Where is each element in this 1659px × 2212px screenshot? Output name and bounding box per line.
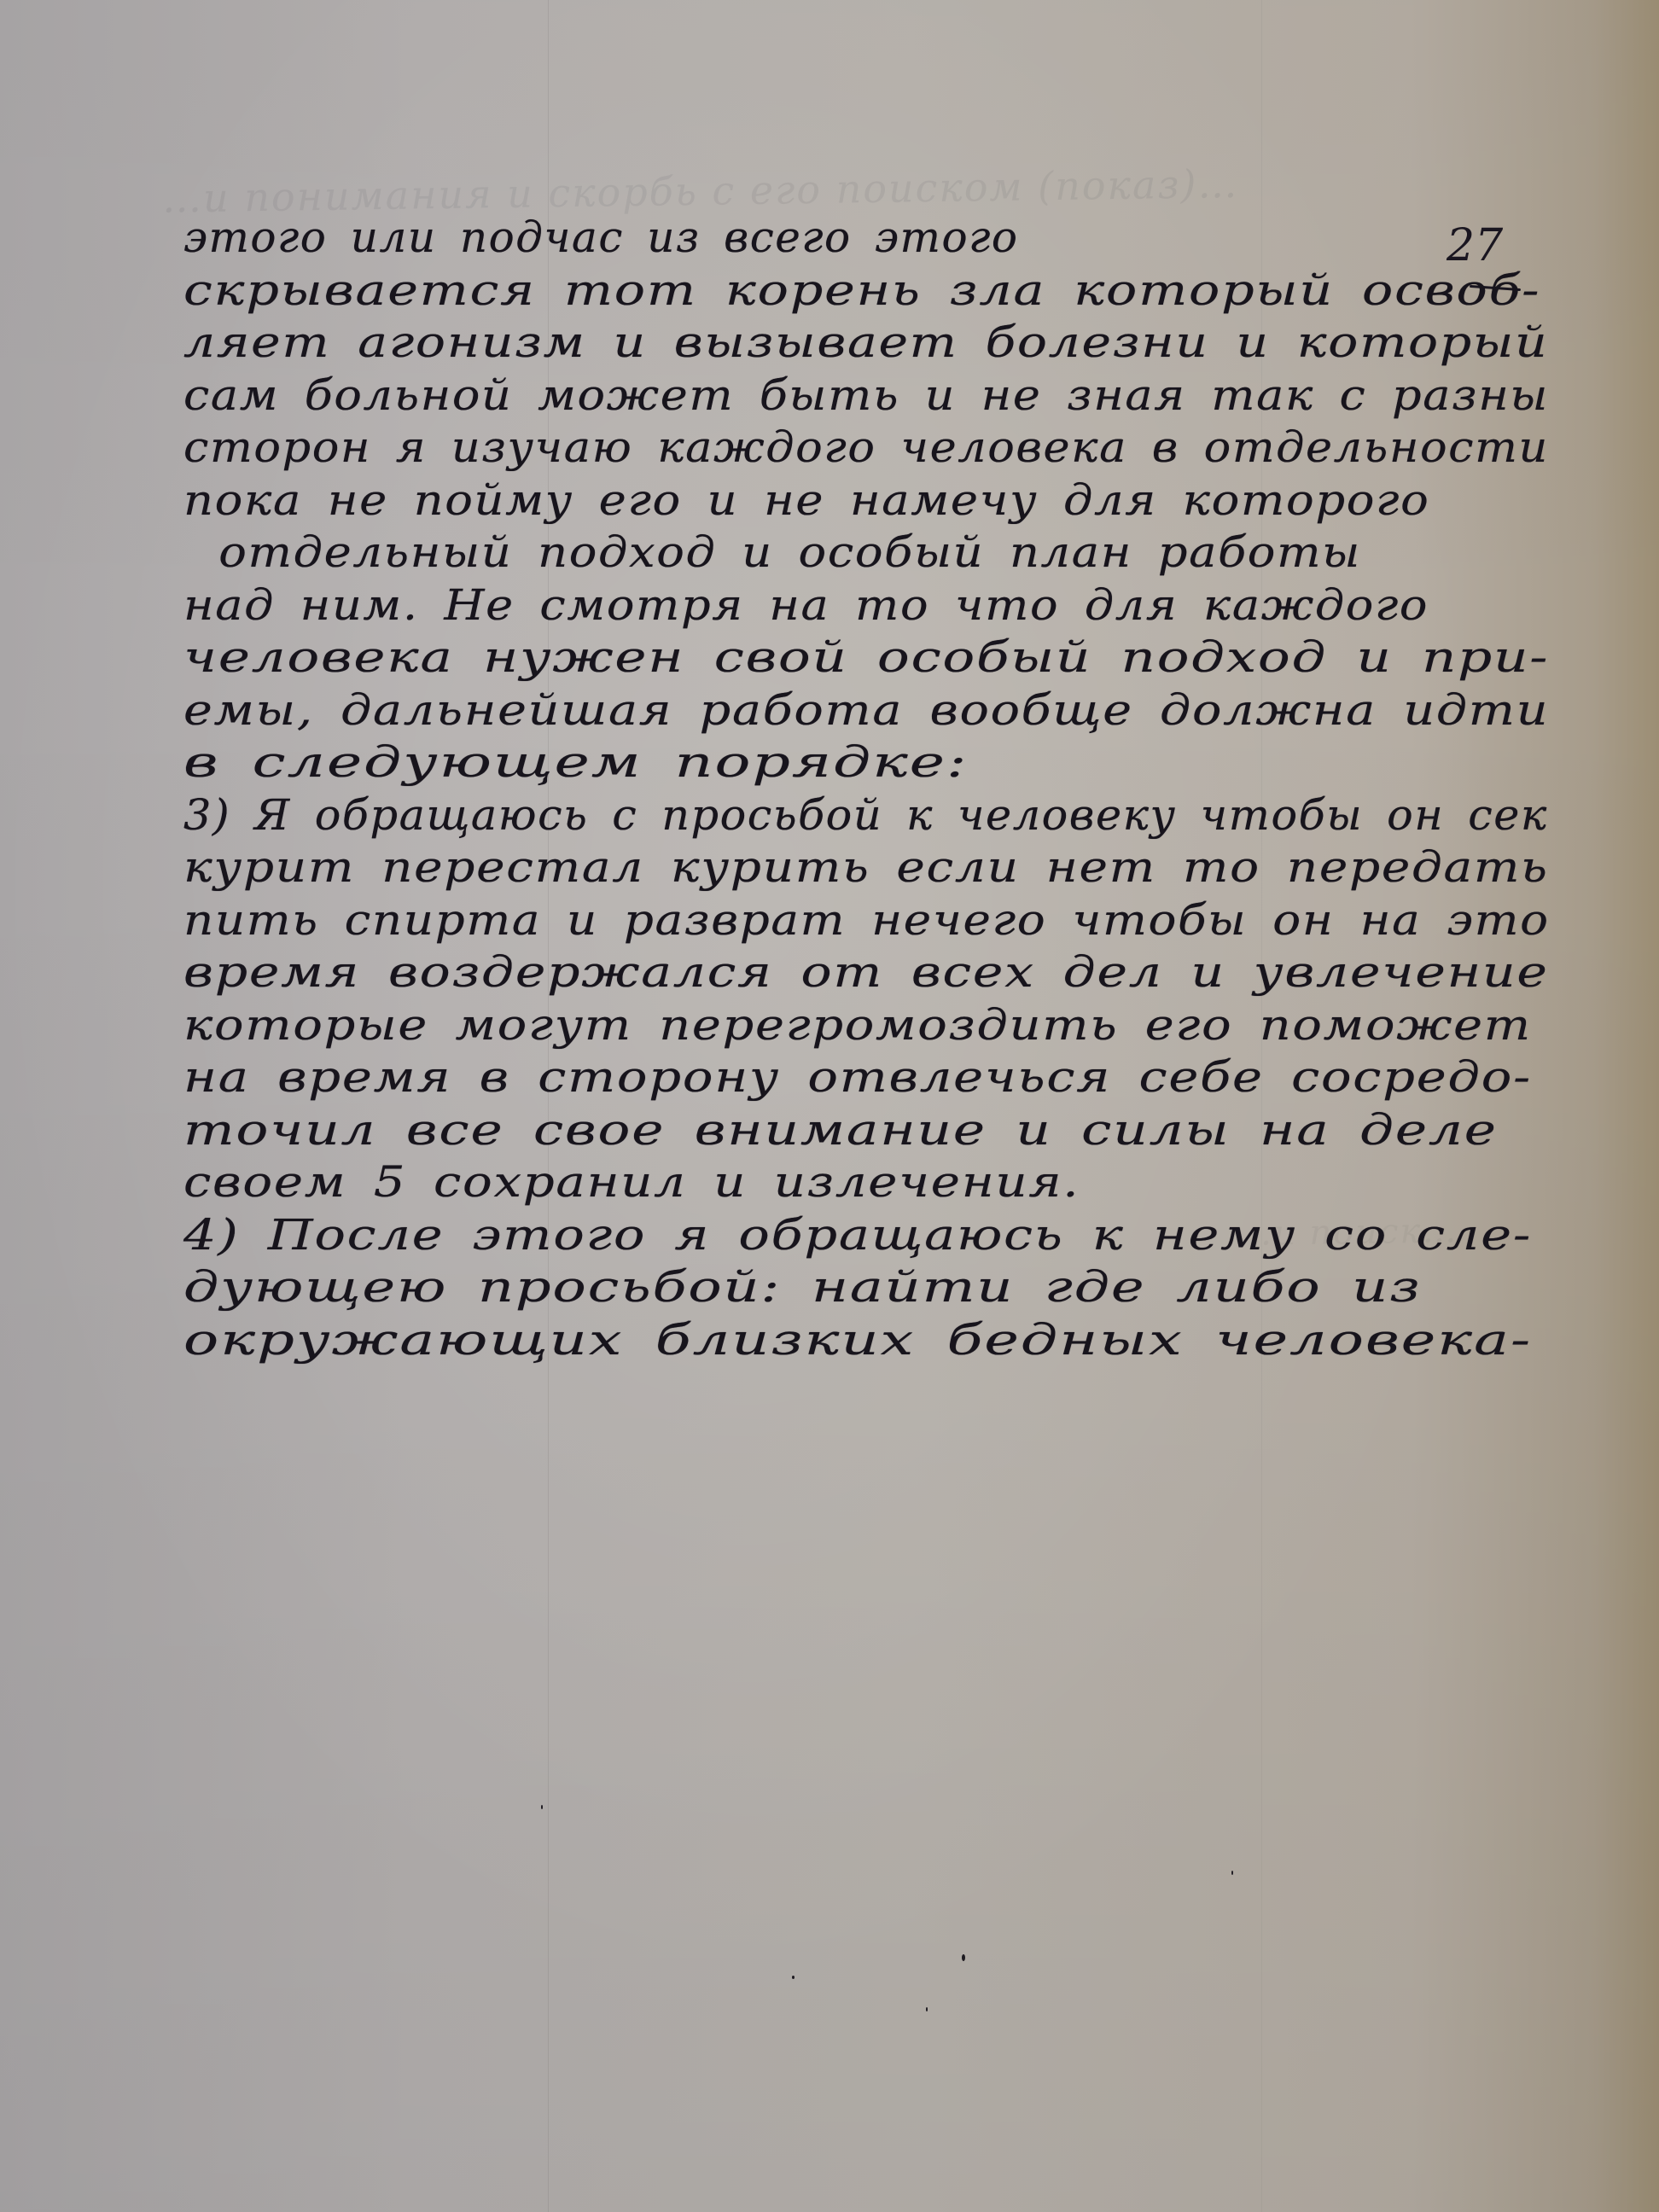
manuscript-line: сторон я изучаю каждого человека в отдел…: [183, 422, 1617, 474]
manuscript-line: окружающих близких бедных человека-: [183, 1314, 1659, 1367]
manuscript-line: ляет агонизм и вызывает болезни и которы…: [183, 317, 1659, 370]
manuscript-line: пить спирта и разврат нечего чтобы он на…: [183, 894, 1659, 947]
manuscript-line: этого или подчас из всего этого: [183, 212, 1318, 265]
manuscript-line: на время в сторону отвлечься себе сосред…: [183, 1051, 1659, 1104]
manuscript-line: которые могут перегромоздить его поможет: [183, 999, 1659, 1052]
manuscript-line: время воздержался от всех дел и увлечени…: [183, 946, 1659, 999]
manuscript-line-numbered-item-4: 4) После этого я обращаюсь к нему со сле…: [183, 1209, 1659, 1262]
ink-speck: [541, 1805, 543, 1809]
manuscript-line: пока не пойму его и не намечу для которо…: [183, 474, 1659, 527]
ink-speck: [792, 1976, 795, 1979]
manuscript-line: курит перестал курить если нет то переда…: [183, 841, 1659, 894]
ink-speck: [1231, 1871, 1233, 1875]
manuscript-line: в следующем порядке:: [183, 736, 1659, 789]
manuscript-line: скрывается тот корень зла который освоб-: [183, 265, 1659, 317]
manuscript-line: своем 5 сохранил и излечения.: [183, 1156, 1659, 1209]
manuscript-line: человека нужен свой особый подход и при-: [183, 632, 1659, 684]
manuscript-line: емы, дальнейшая работа вообще должна идт…: [183, 684, 1659, 737]
manuscript-body: этого или подчас из всего этого скрывает…: [183, 212, 1549, 1366]
manuscript-line: точил все свое внимание и силы на деле: [183, 1104, 1659, 1157]
manuscript-line: сам больной может быть и не зная так с р…: [183, 370, 1659, 422]
ink-speck: [926, 2007, 928, 2011]
manuscript-line-numbered-item-3: 3) Я обращаюсь с просьбой к человеку что…: [183, 789, 1574, 842]
manuscript-line: отдельный подход и особый план работы: [183, 527, 1659, 579]
manuscript-line: дующею просьбой: найти где либо из: [183, 1261, 1659, 1314]
manuscript-line: над ним. Не смотря на то что для каждого: [183, 579, 1659, 632]
ink-speck: [962, 1954, 965, 1961]
